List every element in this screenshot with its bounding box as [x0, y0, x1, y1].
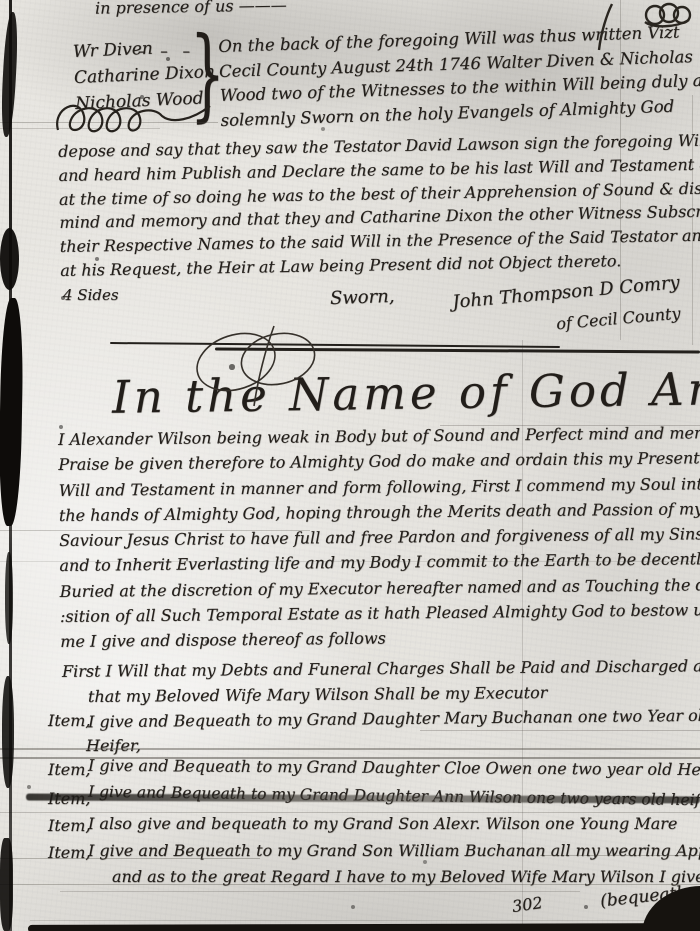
item-text: Heifer, — [86, 736, 141, 755]
ruled-line — [30, 920, 700, 921]
sworn-label: Sworn, — [330, 286, 395, 309]
ruled-line — [420, 730, 700, 731]
heading-flourish-icon — [190, 322, 330, 406]
item-text: I give and Bequeath to my Grand Daughter… — [88, 706, 700, 732]
item-label: Item, — [48, 711, 90, 730]
fold-line — [522, 340, 523, 930]
ruled-line — [60, 891, 580, 892]
fold-line — [692, 95, 693, 345]
ruled-line — [0, 812, 700, 813]
probate-paragraph: depose and say that they saw the Testato… — [58, 130, 700, 285]
item-text: I also give and bequeath to my Grand Son… — [88, 814, 677, 833]
ruled-line — [540, 855, 700, 856]
ruled-line — [0, 748, 700, 750]
ruled-line — [0, 884, 700, 885]
manuscript-page: in presence of us ——— Wr Diven Catharine… — [0, 0, 700, 931]
ruled-line — [0, 561, 700, 562]
first-clause-line: First I Will that my Debts and Funeral C… — [62, 656, 700, 681]
ditto-dashes: – – – — [138, 42, 195, 60]
item-label: Item, — [48, 816, 90, 835]
corner-flourish-icon — [583, 2, 695, 54]
ruled-line — [0, 530, 310, 531]
section-divider — [110, 342, 560, 348]
ruled-line — [440, 425, 700, 426]
item-label: Item, — [48, 843, 90, 862]
will-preamble: I Alexander Wilson being weak in Body bu… — [58, 423, 700, 658]
item-label: Item, — [48, 760, 90, 779]
item-text: I give and Bequeath to my Grand Daughter… — [88, 756, 700, 779]
page-number: 302 — [511, 893, 544, 916]
binding-edge — [0, 0, 26, 931]
margin-note: 4 Sides — [63, 286, 119, 304]
ruled-line — [0, 858, 260, 859]
first-clause-line: that my Beloved Wife Mary Wilson Shall b… — [88, 683, 548, 706]
ruled-line — [0, 757, 700, 759]
clerk-place: of Cecil County — [555, 304, 681, 334]
bottom-shadow — [28, 923, 700, 931]
signature-flourish-icon — [50, 90, 230, 142]
